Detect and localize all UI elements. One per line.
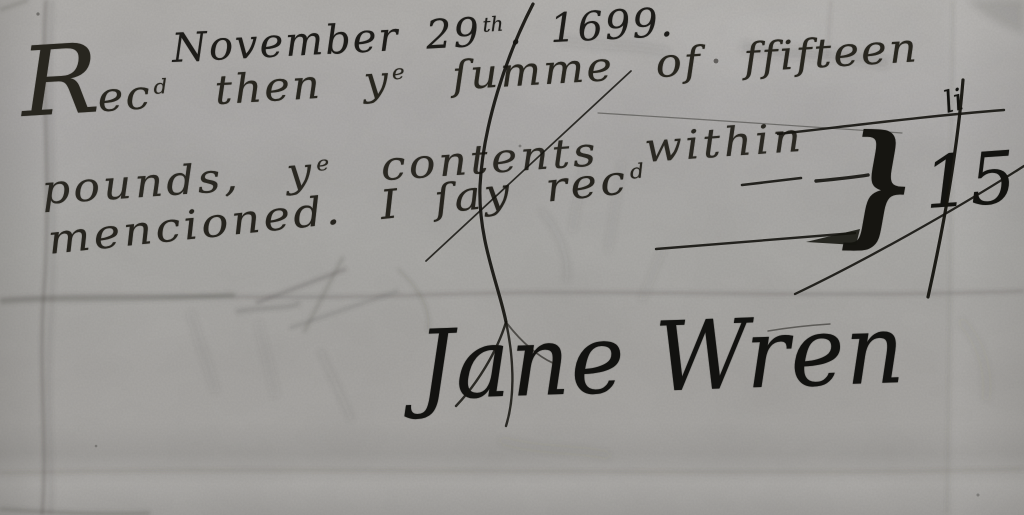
received-superscript-2: d: [629, 159, 646, 184]
the-superscript-2: e: [315, 151, 330, 176]
amount-value: 15: [921, 135, 1018, 225]
date-ordinal-superscript: th: [482, 12, 504, 37]
manuscript-receipt: November 29th. 1699. Recd then ye ſumme …: [0, 0, 1024, 515]
amount-brace: }: [842, 117, 915, 250]
word-received: Rec: [21, 72, 154, 126]
the-superscript: e: [391, 60, 405, 85]
received-superscript: d: [153, 75, 168, 100]
word-gap: [344, 219, 382, 223]
signature-jane-wren: Jane Wren: [416, 293, 907, 422]
